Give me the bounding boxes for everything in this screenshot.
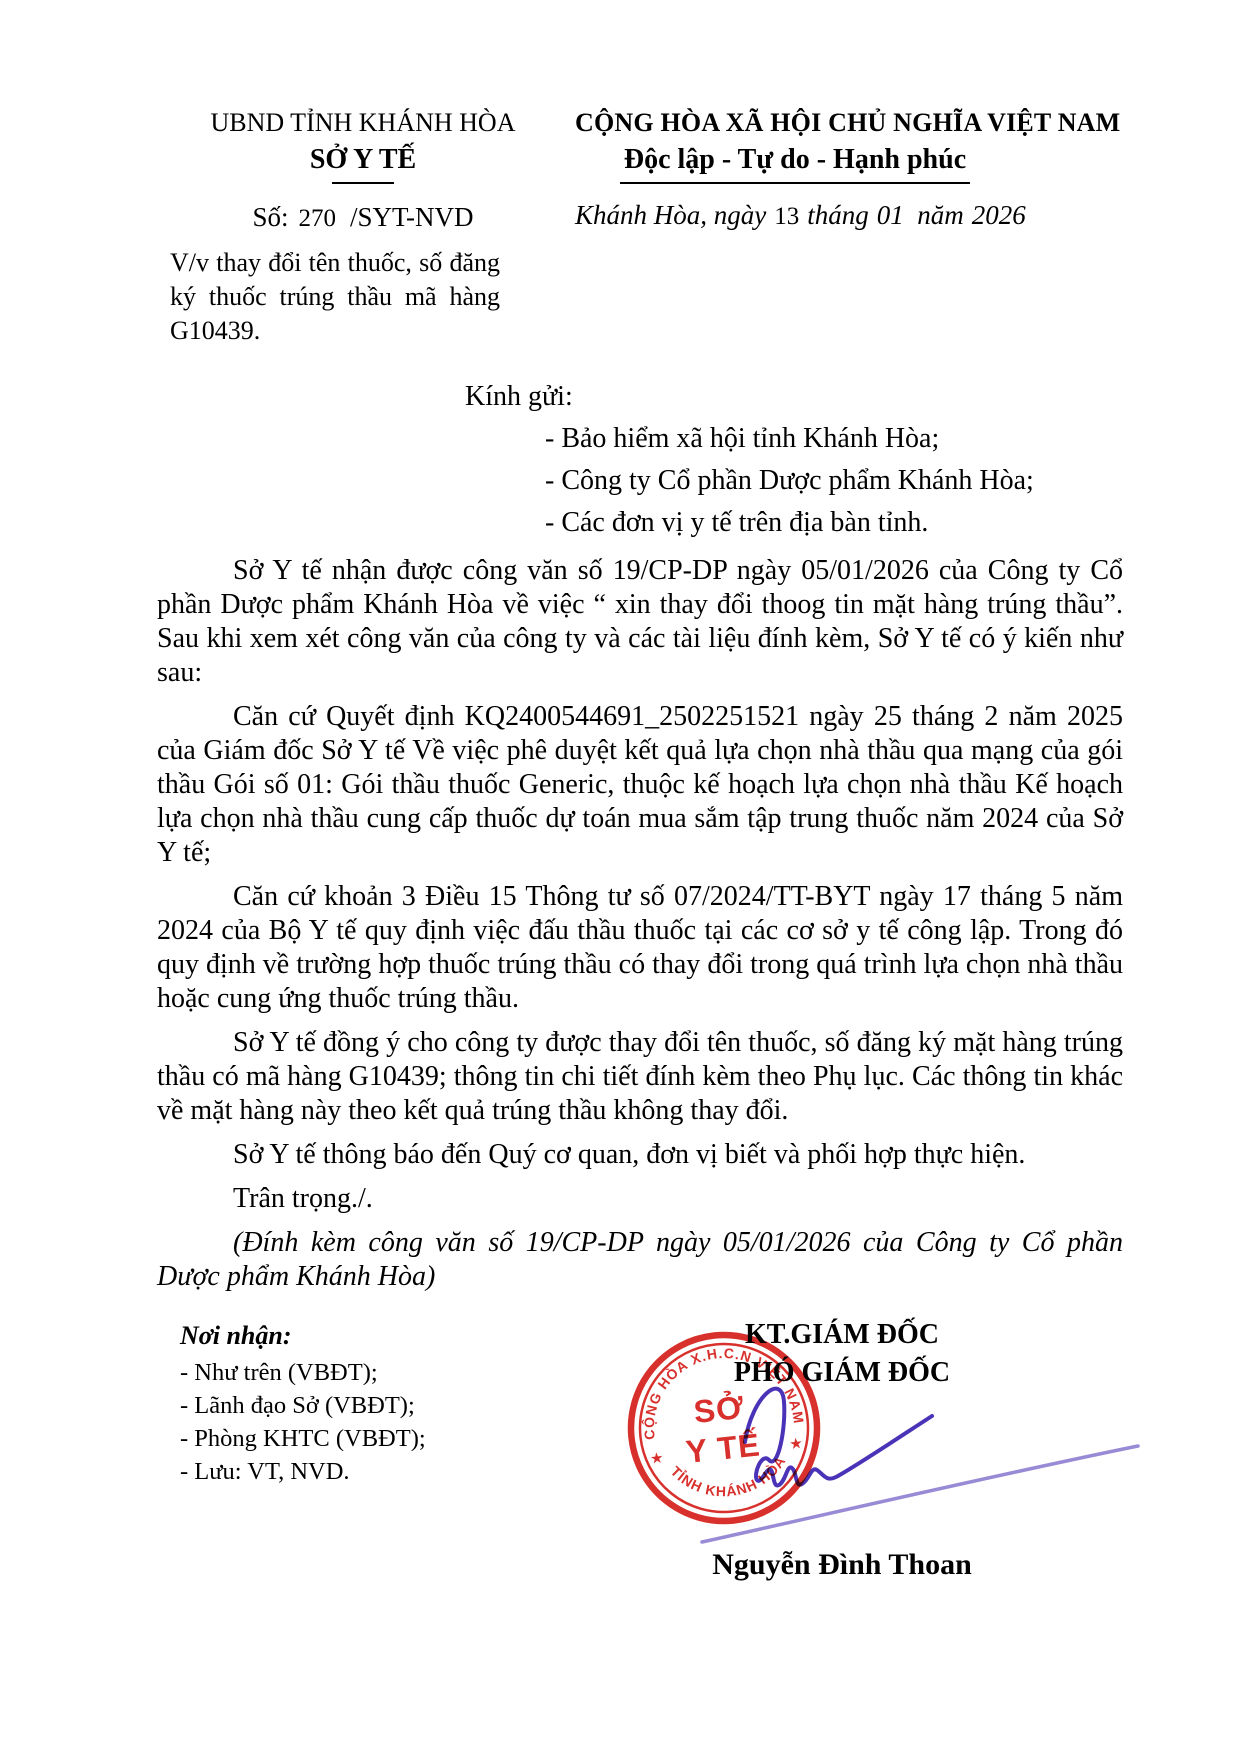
salutation: Kính gửi: [465, 376, 1123, 418]
distribution-block: Nơi nhận: - Như trên (VBĐT); - Lãnh đạo … [157, 1316, 582, 1488]
date-prefix: Khánh Hòa, ngày [575, 200, 766, 230]
distribution-label: Nơi nhận: [180, 1316, 582, 1356]
recipient-item: - Các đơn vị y tế trên địa bàn tỉnh. [545, 502, 1123, 544]
date-year: 2026 [972, 200, 1026, 230]
recipient-item: - Bảo hiểm xã hội tỉnh Khánh Hòa; [545, 418, 1123, 460]
attachment-note: (Đính kèm công văn số 19/CP-DP ngày 05/0… [157, 1226, 1123, 1294]
distribution-item: - Phòng KHTC (VBĐT); [180, 1422, 582, 1455]
body-paragraph: Sở Y tế thông báo đến Quý cơ quan, đơn v… [157, 1138, 1123, 1172]
org-name-underline [332, 182, 394, 184]
document-page: UBND TỈNH KHÁNH HÒA SỞ Y TẾ Số:270/SYT-N… [0, 0, 1241, 1754]
document-footer: Nơi nhận: - Như trên (VBĐT); - Lãnh đạo … [157, 1316, 1123, 1586]
issuing-authority-block: UBND TỈNH KHÁNH HÒA SỞ Y TẾ Số:270/SYT-N… [157, 104, 569, 238]
place-date-line: Khánh Hòa, ngày13tháng01 năm2026 [575, 196, 1015, 236]
national-motto-line2: Độc lập - Tự do - Hạnh phúc [620, 142, 970, 184]
document-subject: V/v thay đổi tên thuốc, số đăng ký thuốc… [170, 246, 500, 348]
distribution-item: - Lãnh đạo Sở (VBĐT); [180, 1389, 582, 1422]
date-year-label: năm [917, 200, 964, 230]
closing-paragraph: Trân trọng./. [157, 1182, 1123, 1216]
org-name: SỞ Y TẾ [157, 142, 569, 178]
date-day: 13 [774, 203, 799, 230]
signature-block: KT.GIÁM ĐỐC PHÓ GIÁM ĐỐC Nguyễn Đình Tho… [602, 1316, 1082, 1586]
document-number-line: Số:270/SYT-NVD [157, 198, 569, 238]
date-month-label: tháng [807, 200, 869, 230]
national-header-block: CỘNG HÒA XÃ HỘI CHỦ NGHĨA VIỆT NAM Độc l… [575, 104, 1015, 236]
body-paragraph: Căn cứ Quyết định KQ2400544691_250225152… [157, 700, 1123, 870]
national-motto-line1: CỘNG HÒA XÃ HỘI CHỦ NGHĨA VIỆT NAM [575, 104, 1015, 142]
document-number-label: Số: [252, 202, 288, 232]
distribution-item: - Lưu: VT, NVD. [180, 1455, 582, 1488]
recipient-item: - Công ty Cổ phần Dược phẩm Khánh Hòa; [545, 460, 1123, 502]
signer-title-kt: KT.GIÁM ĐỐC [602, 1316, 1082, 1354]
parent-org-name: UBND TỈNH KHÁNH HÒA [157, 104, 569, 142]
document-header: UBND TỈNH KHÁNH HÒA SỞ Y TẾ Số:270/SYT-N… [157, 104, 1123, 238]
handwritten-signature [690, 1370, 1160, 1562]
body-paragraph: Sở Y tế đồng ý cho công ty được thay đổi… [157, 1026, 1123, 1128]
body-paragraph: Sở Y tế nhận được công văn số 19/CP-DP n… [157, 554, 1123, 690]
national-motto-line2-wrap: Độc lập - Tự do - Hạnh phúc [575, 142, 1015, 184]
distribution-item: - Như trên (VBĐT); [180, 1356, 582, 1389]
signature-stroke-main [745, 1389, 932, 1486]
stamp-star-left-icon: ★ [649, 1451, 664, 1468]
date-month: 01 [877, 200, 904, 230]
document-number-value: 270 [299, 205, 337, 232]
signer-title-deputy: PHÓ GIÁM ĐỐC [602, 1354, 1082, 1392]
document-number-suffix: /SYT-NVD [350, 202, 474, 232]
signer-name: Nguyễn Đình Thoan [602, 1544, 1082, 1586]
body-paragraph: Căn cứ khoản 3 Điều 15 Thông tư số 07/20… [157, 880, 1123, 1016]
